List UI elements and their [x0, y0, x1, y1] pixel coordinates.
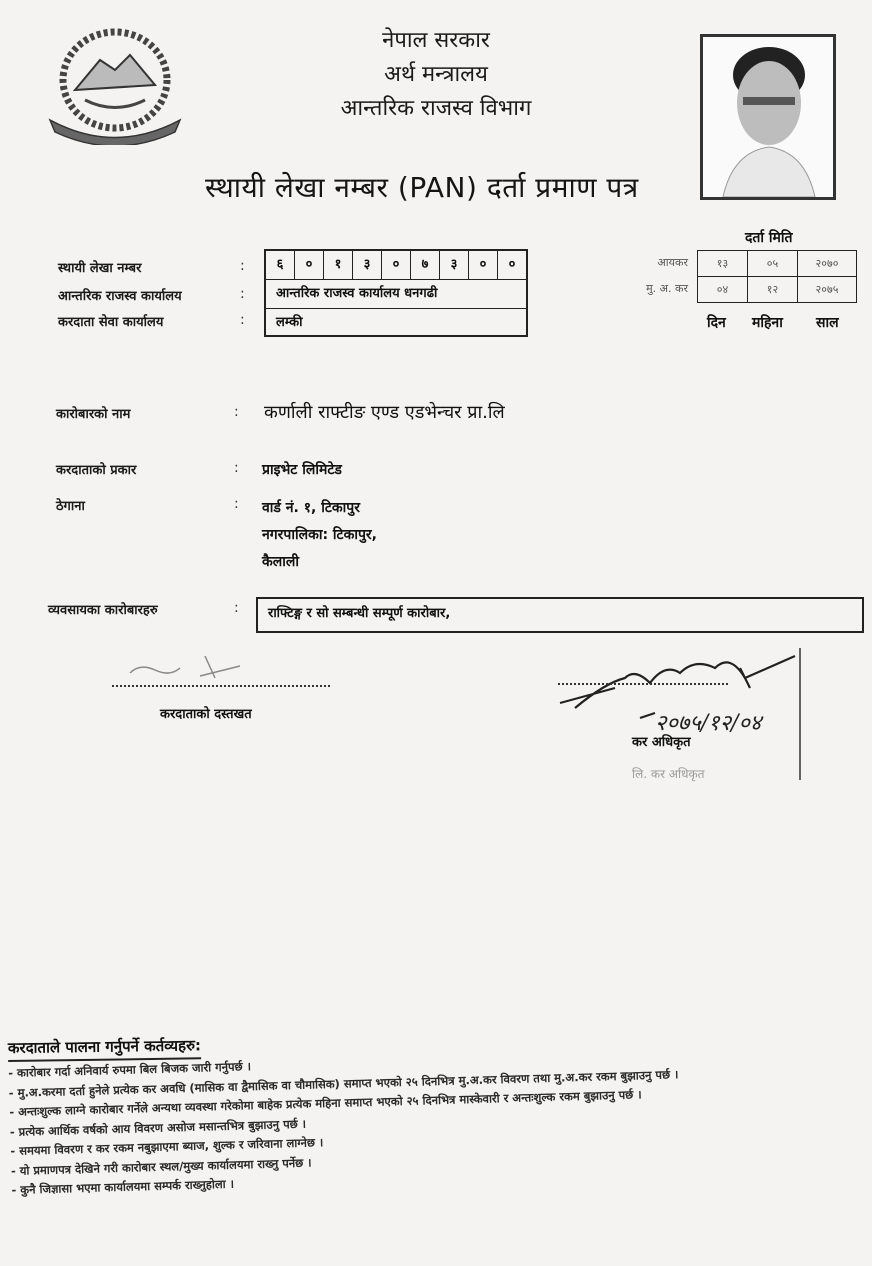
activities-label: व्यवसायका कारोबारहरु — [48, 600, 158, 618]
duties-list: - कारोबार गर्दा अनिवार्य रुपमा बिल बिजक … — [8, 1045, 681, 1200]
pan-digit: ० — [469, 251, 498, 279]
registration-date-title: दर्ता मिति — [745, 228, 793, 247]
pan-digit: ३ — [440, 251, 469, 279]
month-column-label: महिना — [752, 313, 783, 332]
separator: : — [234, 404, 239, 420]
pan-box: ६ ० १ ३ ० ७ ३ ० ० आन्तरिक राजस्व कार्याल… — [264, 249, 528, 337]
activities-value: राफ्टिङ्ग र सो सम्बन्धी सम्पूर्ण कारोबार… — [256, 597, 864, 633]
service-office-label: करदाता सेवा कार्यालय — [58, 312, 163, 330]
separator: : — [234, 496, 239, 512]
address-line: कैलाली — [262, 552, 299, 571]
ird-office-value: आन्तरिक राजस्व कार्यालय धनगढी — [266, 280, 526, 309]
year-column-label: साल — [816, 313, 839, 332]
separator: : — [240, 312, 245, 328]
pan-digit: ७ — [411, 251, 440, 279]
certificate-title: स्थायी लेखा नम्बर (PAN) दर्ता प्रमाण पत्… — [205, 168, 639, 206]
separator: : — [234, 600, 239, 616]
taxpayer-signature-line — [112, 685, 330, 687]
officer-signature-icon: २०७५/१२/०४ — [555, 648, 855, 783]
year: २०७५ — [798, 277, 857, 303]
pan-number: ६ ० १ ३ ० ७ ३ ० ० — [266, 251, 526, 280]
taxpayer-signature-icon — [110, 648, 250, 688]
person-photo-icon — [703, 37, 833, 197]
year: २०७० — [798, 251, 857, 277]
separator: : — [240, 258, 245, 274]
pan-digit: ० — [498, 251, 526, 279]
address-label: ठेगाना — [56, 496, 85, 514]
business-name-label: कारोबारको नाम — [56, 404, 130, 422]
duties-title: करदाताले पालना गर्नुपर्ने कर्तव्यहरु: — [8, 1035, 201, 1062]
pan-digit: ३ — [353, 251, 382, 279]
taxpayer-type-label: करदाताको प्रकार — [56, 460, 136, 478]
separator: : — [240, 286, 245, 302]
pan-digit: ० — [295, 251, 324, 279]
pan-label: स्थायी लेखा नम्बर — [58, 258, 141, 276]
ird-office-label: आन्तरिक राजस्व कार्यालय — [58, 286, 182, 304]
officer-signature-line — [558, 683, 728, 685]
address-line: नगरपालिका: टिकापुर, — [262, 525, 377, 544]
month: १२ — [748, 277, 798, 303]
month: ०५ — [748, 251, 798, 277]
income-tax-date-row: १३ ०५ २०७० — [698, 251, 857, 277]
business-name-value: कर्णाली राफ्टीङ एण्ड एडभेन्चर प्रा.लि — [264, 400, 505, 424]
day: ०४ — [698, 277, 748, 303]
pan-digit: ६ — [266, 251, 295, 279]
income-tax-label: आयकर — [608, 255, 688, 270]
day: १३ — [698, 251, 748, 277]
separator: : — [234, 460, 239, 476]
officer-faded-stamp: लि. कर अधिकृत — [632, 765, 705, 782]
day-column-label: दिन — [707, 313, 726, 332]
vat-label: मु. अ. कर — [608, 281, 688, 296]
address-line: वार्ड नं. १, टिकापुर — [262, 498, 360, 517]
pan-digit: ० — [382, 251, 411, 279]
taxpayer-signature-label: करदाताको दस्तखत — [160, 704, 252, 722]
officer-signature-label: कर अधिकृत — [632, 732, 691, 750]
taxpayer-type-value: प्राइभेट लिमिटेड — [262, 460, 342, 479]
pan-digit: १ — [324, 251, 353, 279]
registration-date-table: १३ ०५ २०७० ०४ १२ २०७५ — [697, 250, 857, 303]
vat-date-row: ०४ १२ २०७५ — [698, 277, 857, 303]
service-office-value: लम्की — [266, 309, 526, 337]
applicant-photo — [700, 34, 836, 200]
